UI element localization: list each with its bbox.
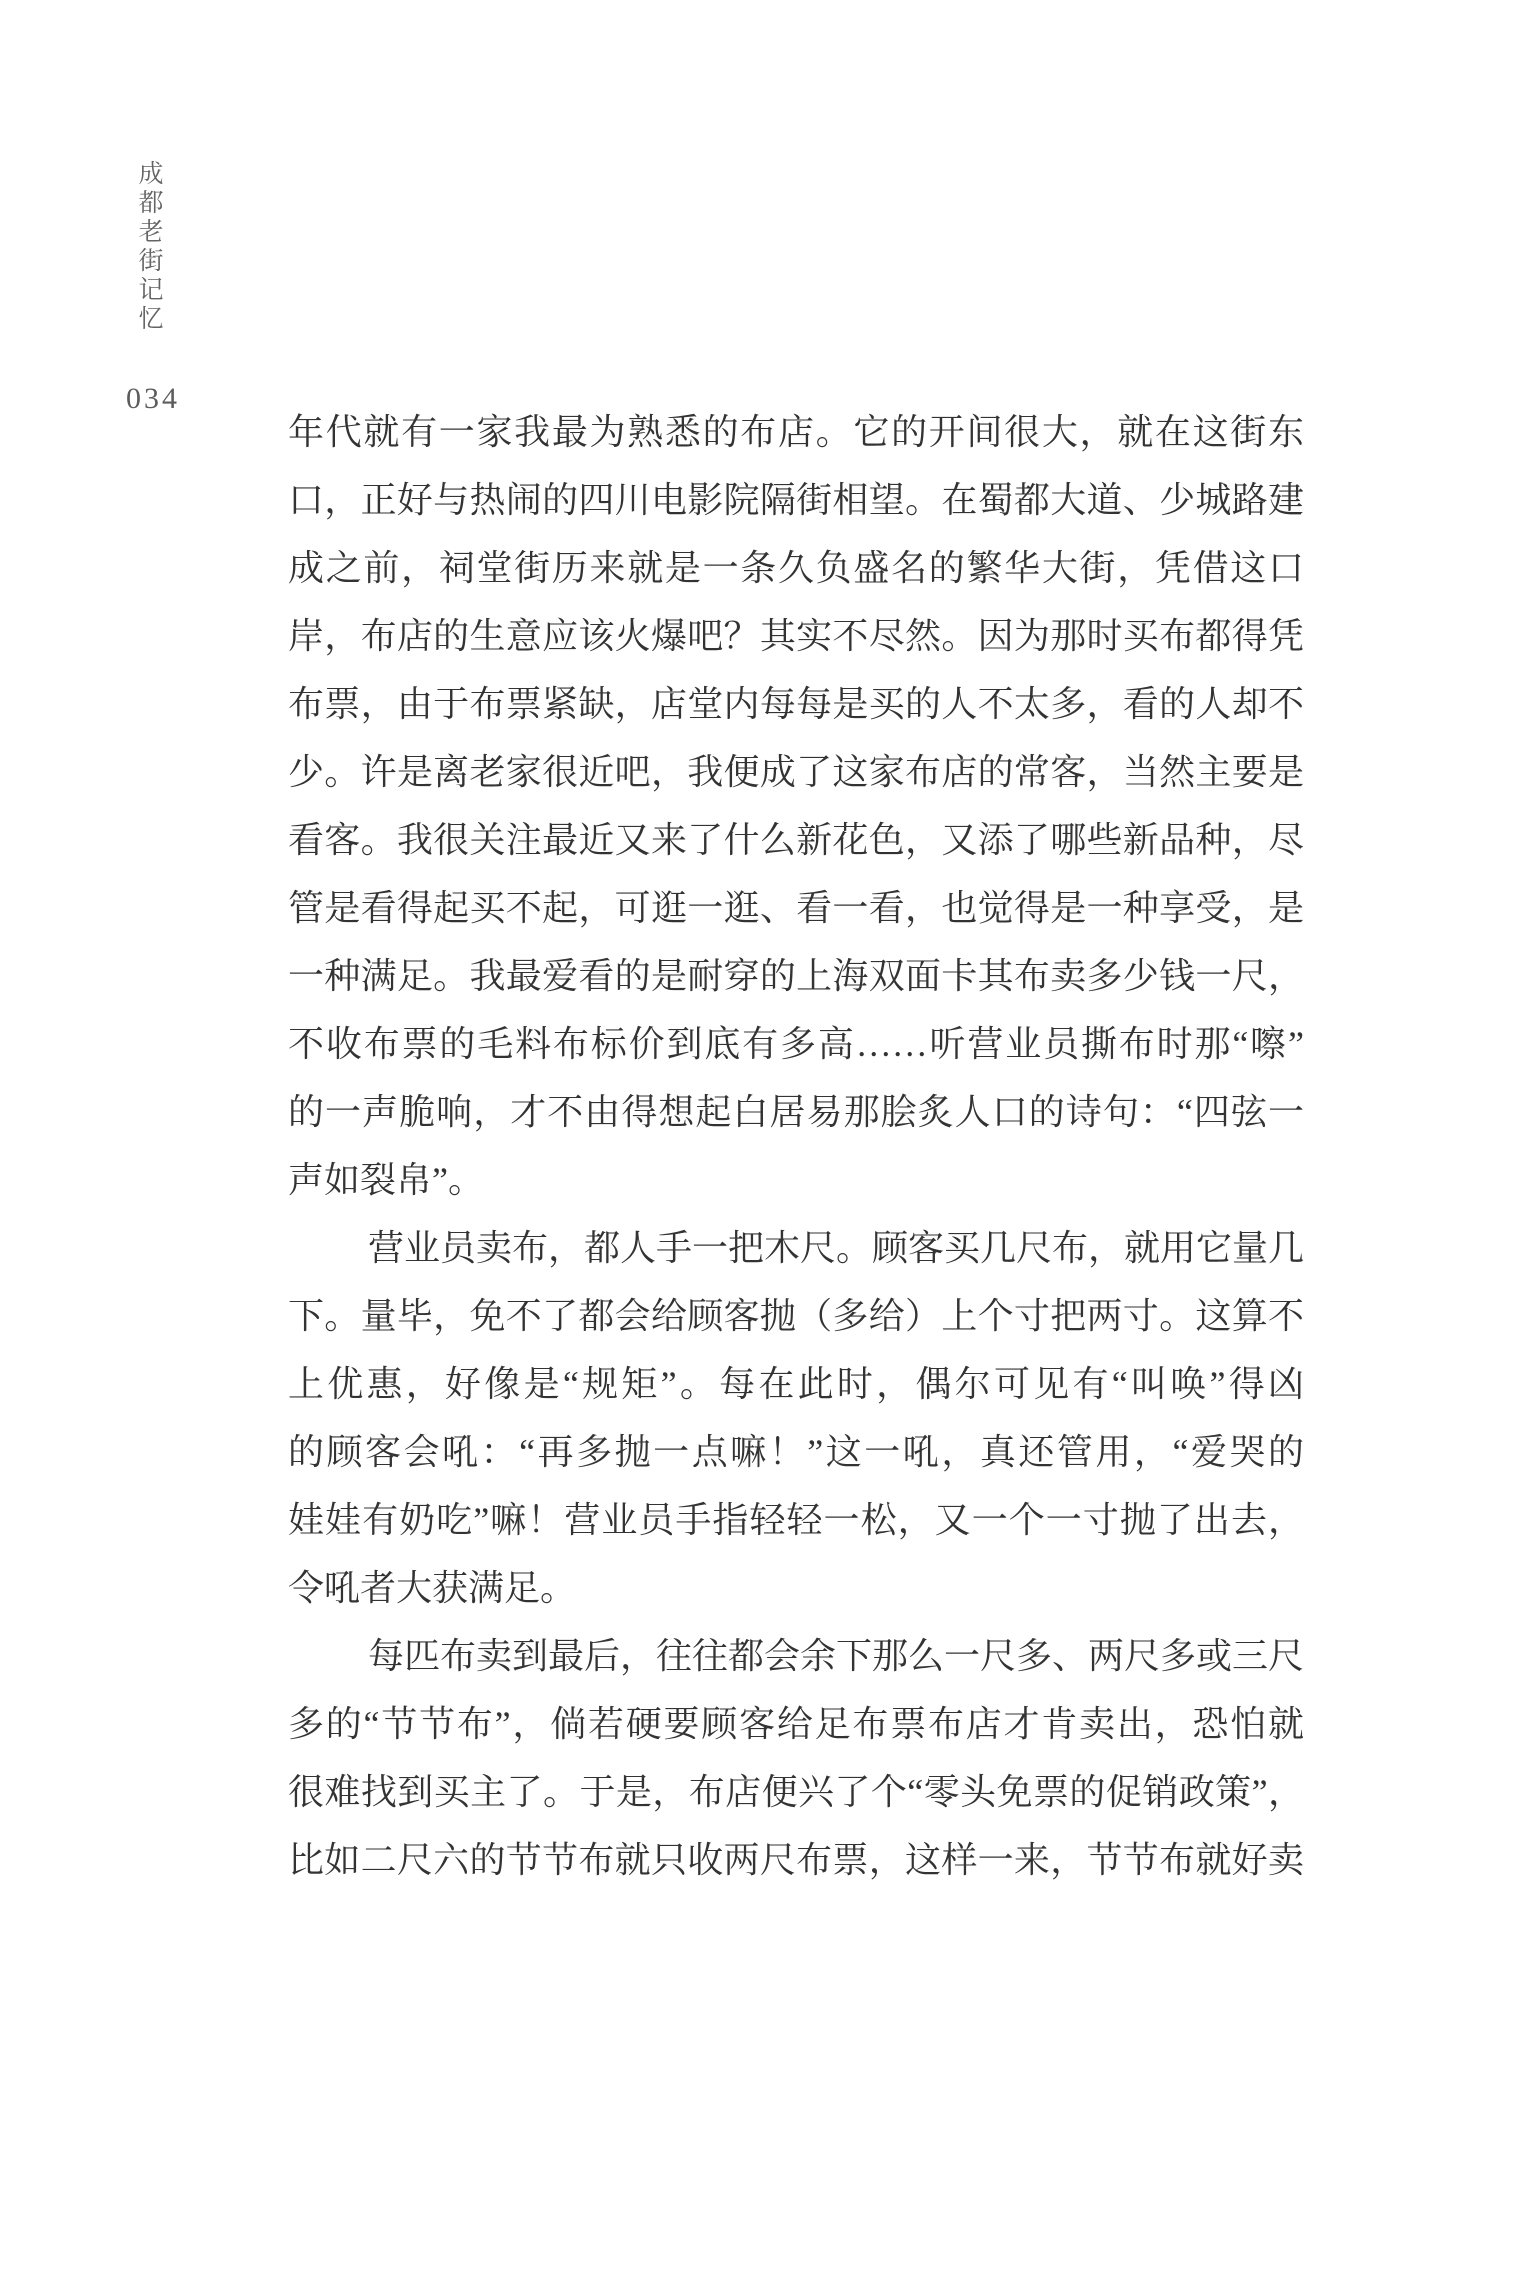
text-line: 下。量毕，免不了都会给顾客抛（多给）上个寸把两寸。这算不 — [288, 1282, 1304, 1350]
text-line-paragraph-start: 每匹布卖到最后，往往都会余下那么一尺多、两尺多或三尺 — [288, 1622, 1304, 1690]
text-line: 少。许是离老家很近吧，我便成了这家布店的常客，当然主要是 — [288, 738, 1304, 806]
text-line: 的一声脆响，才不由得想起白居易那脍炙人口的诗句：“四弦一 — [288, 1078, 1304, 1146]
text-line: 娃娃有奶吃”嘛！营业员手指轻轻一松，又一个一寸抛了出去， — [288, 1486, 1304, 1554]
text-line: 布票，由于布票紧缺，店堂内每每是买的人不太多，看的人却不 — [288, 670, 1304, 738]
text-line: 岸，布店的生意应该火爆吧？其实不尽然。因为那时买布都得凭 — [288, 602, 1304, 670]
text-line: 令吼者大获满足。 — [288, 1554, 1304, 1622]
text-line: 看客。我很关注最近又来了什么新花色，又添了哪些新品种，尽 — [288, 806, 1304, 874]
text-line: 口，正好与热闹的四川电影院隔街相望。在蜀都大道、少城路建 — [288, 466, 1304, 534]
text-line: 很难找到买主了。于是，布店便兴了个“零头免票的促销政策”， — [288, 1758, 1304, 1826]
text-line: 上优惠，好像是“规矩”。每在此时，偶尔可见有“叫唤”得凶 — [288, 1350, 1304, 1418]
text-line: 的顾客会吼：“再多抛一点嘛！”这一吼，真还管用，“爱哭的 — [288, 1418, 1304, 1486]
text-line-paragraph-start: 营业员卖布，都人手一把木尺。顾客买几尺布，就用它量几 — [288, 1214, 1304, 1282]
text-line: 不收布票的毛料布标价到底有多高……听营业员撕布时那“嚓” — [288, 1010, 1304, 1078]
text-line: 比如二尺六的节节布就只收两尺布票，这样一来，节节布就好卖 — [288, 1826, 1304, 1894]
text-line: 管是看得起买不起，可逛一逛、看一看，也觉得是一种享受，是 — [288, 874, 1304, 942]
text-line: 多的“节节布”，倘若硬要顾客给足布票布店才肯卖出，恐怕就 — [288, 1690, 1304, 1758]
body-text-block: 年代就有一家我最为熟悉的布店。它的开间很大，就在这街东 口，正好与热闹的四川电影… — [288, 398, 1304, 1894]
text-line: 年代就有一家我最为熟悉的布店。它的开间很大，就在这街东 — [288, 398, 1304, 466]
text-line: 成之前，祠堂街历来就是一条久负盛名的繁华大街，凭借这口 — [288, 534, 1304, 602]
book-title-vertical: 成都老街记忆 — [132, 160, 164, 334]
text-line: 声如裂帛”。 — [288, 1146, 1304, 1214]
text-line: 一种满足。我最爱看的是耐穿的上海双面卡其布卖多少钱一尺， — [288, 942, 1304, 1010]
book-page: 成都老街记忆 034 年代就有一家我最为熟悉的布店。它的开间很大，就在这街东 口… — [0, 0, 1536, 2278]
page-number: 034 — [126, 382, 180, 416]
